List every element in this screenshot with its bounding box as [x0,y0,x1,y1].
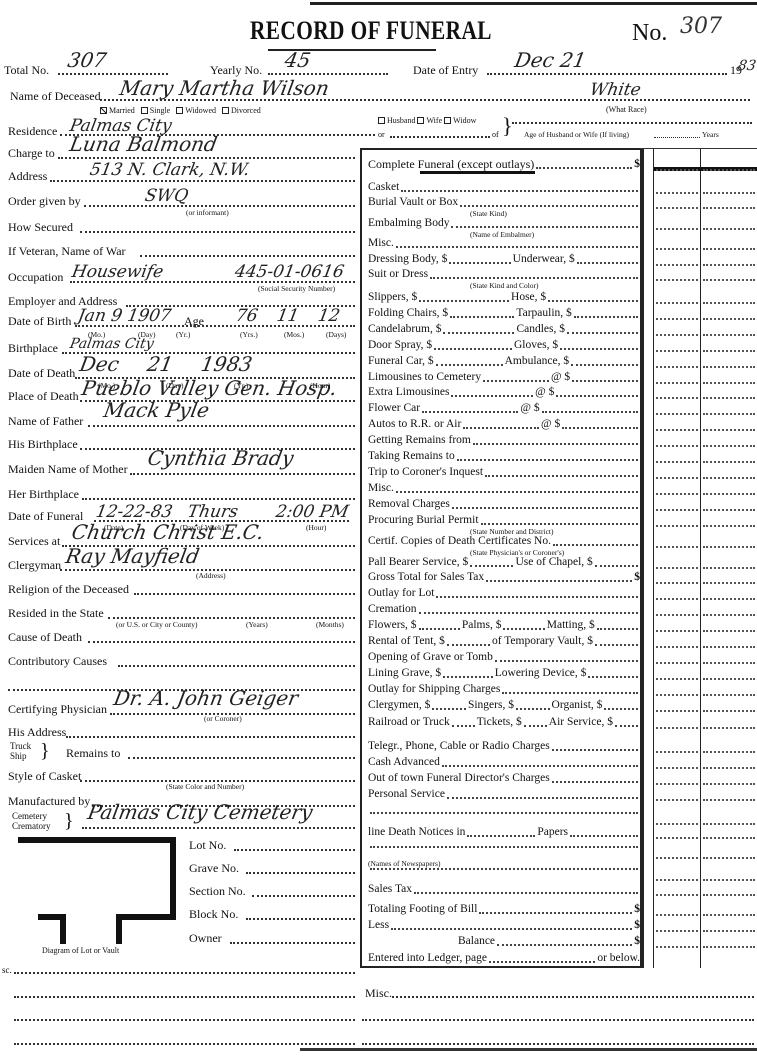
charge-item-label: Sales Tax [368,883,412,896]
dotted-line [553,544,638,546]
charge-item-label: Clergymen, $ [368,699,430,712]
dotted-line [452,725,475,727]
yearly-no-value[interactable]: 45 [283,50,312,70]
amount-cents-field[interactable] [703,397,755,399]
single-checkbox[interactable]: Single [141,106,170,115]
charge-item[interactable]: Slippers, $Hose, $ [368,291,640,304]
amount-dollars-field[interactable] [656,567,698,569]
field-label: His Address [8,725,66,739]
dotted-line [615,725,638,727]
charge-item-label: Autos to R.R. or Air [368,418,461,431]
dotted-line [595,565,638,567]
amount-cents-field[interactable] [703,894,755,896]
charge-item-label: Procuring Burial Permit [368,514,479,527]
charge-item[interactable]: Limousines to Cemetery@ $ [368,371,640,384]
dotted-line [451,226,638,228]
brace: } [64,810,74,832]
dotted-line [392,996,754,998]
amount-cents-field[interactable] [703,799,755,801]
charge-item-label: Taking Remains to [368,450,455,463]
dotted-line [434,348,512,350]
checkbox-icon [222,107,229,114]
field-label: Resided in the State [8,606,104,620]
dotted-line [447,644,490,646]
dotted-line [118,665,355,667]
amount-dollars-field[interactable] [656,751,698,753]
charge-item-label: Air Service, $ [549,716,613,729]
dotted-line [450,316,514,318]
amount-dollars-field[interactable] [656,630,698,632]
charge-to-value[interactable]: Luna Balmond [68,134,219,154]
charge-item[interactable]: Suit or Dress [368,268,640,281]
field-caption: (Hour) [306,523,326,532]
checkbox-icon [141,107,148,114]
charge-item-label: Gross Total for Sales Tax [368,571,484,584]
clergyman-value[interactable]: Ray Mayfield [64,546,201,566]
amount-column-top [640,148,757,149]
charge-item[interactable]: Complete Funeral (except outlays)$ [368,158,640,171]
amount-dollars-field[interactable] [656,930,698,932]
amount-cents-field[interactable] [703,783,755,785]
field-prefix: Cemetery [12,811,47,821]
amount-dollars-field[interactable] [656,382,698,384]
amount-cents-field[interactable] [703,429,755,431]
charge-item[interactable]: Railroad or TruckTickets, $Air Service, … [368,716,640,729]
charge-item[interactable]: Getting Remains from [368,434,640,447]
amount-cents-field[interactable] [703,946,755,948]
charge-item[interactable]: Entered into Ledger, pageor below. [368,952,640,965]
amount-dollars-field[interactable] [656,694,698,696]
charge-item-label: Misc. [368,482,394,495]
amount-dollars-field[interactable] [656,857,698,859]
date-of-entry-label: Date of Entry [413,63,478,77]
dotted-line [654,136,700,138]
dotted-line [497,944,632,946]
charge-item[interactable]: Outlay for Shipping Charges [368,683,640,696]
field-label: Certifying Physician [8,702,107,716]
amount-cents-field[interactable] [703,264,755,266]
bottom-border-line [300,1048,757,1051]
amount-cents-field[interactable] [703,857,755,859]
amount-cents-field[interactable] [703,493,755,495]
dotted-line [419,612,638,614]
amount-dollars-field[interactable] [656,207,698,209]
dotted-line [502,692,638,694]
amount-dollars-field[interactable] [656,350,698,352]
charge-item[interactable]: Burial Vault or Box [368,196,640,209]
charge-item-label: Papers [537,826,568,839]
amount-cents-field[interactable] [703,318,755,320]
amount-column-divider-inner [653,148,654,968]
field-caption: (State Color and Number) [166,782,244,791]
amount-dollars-field[interactable] [656,493,698,495]
field-label: Name of Father [8,414,83,428]
charge-item[interactable]: Lining Grave, $Lowering Device, $ [368,667,640,680]
brace: } [502,114,513,138]
amount-cents-field[interactable] [703,207,755,209]
diagram-caption: Diagram of Lot or Vault [42,946,119,955]
charge-item[interactable]: Outlay for Lot [368,587,640,600]
amount-cents-field[interactable] [703,525,755,527]
race-caption: (What Race) [606,105,647,114]
amount-cents-field[interactable] [703,727,755,729]
charge-item[interactable]: Certif. Copies of Death Certificates No. [368,535,640,548]
amount-cents-field[interactable] [703,914,755,916]
field-caption: (Months) [316,620,344,629]
charge-item-label: or below. [597,952,640,965]
charge-item[interactable]: Removal Charges [368,498,640,511]
charge-item-label: Pall Bearer Service, $ [368,556,468,569]
charge-item[interactable]: Sales Tax [368,883,640,896]
amount-dollars-field[interactable] [656,429,698,431]
wife-checkbox[interactable]: Wife [417,116,442,125]
amount-cents-field[interactable] [703,192,755,194]
amount-dollars-field[interactable] [656,646,698,648]
charge-item-label: Candles, $ [516,323,565,336]
charge-item[interactable]: Casket [368,181,640,194]
amount-dollars-field[interactable] [656,413,698,415]
amount-cents-field[interactable] [703,477,755,479]
misc-label-left: sc. [2,966,12,975]
dotted-line [128,757,355,759]
amount-dollars-field[interactable] [656,678,698,680]
amount-cents-field[interactable] [703,567,755,569]
amount-cents-field[interactable] [703,694,755,696]
field-label: Date of Birth [8,314,71,328]
amount-cents-field[interactable] [703,710,755,712]
amount-dollars-field[interactable] [656,767,698,769]
charge-item[interactable]: Totaling Footing of Bill$ [368,903,640,916]
dotted-line [570,835,638,837]
charge-item-label: Organist, $ [552,699,603,712]
amount-cents-field[interactable] [703,546,755,548]
occupation-value[interactable]: Housewife [70,262,165,282]
charge-item[interactable]: Funeral Car, $Ambulance, $ [368,355,640,368]
amount-cents-field[interactable] [703,350,755,352]
marital-status-group: Married Single Widowed Divorced [100,106,261,115]
dotted-line [449,262,510,264]
charge-item[interactable]: Out of town Funeral Director's Charges [368,772,640,785]
total-no-value[interactable]: 307 [66,50,108,70]
birthplace-value[interactable]: Palmas City [68,334,155,354]
charge-item[interactable]: Telegr., Phone, Cable or Radio Charges [368,740,640,753]
charge-item-label: Singers, $ [468,699,514,712]
charge-item-label: Entered into Ledger, page [368,952,487,965]
grave-no-label: Grave No. [189,861,239,875]
dotted-line [14,1043,355,1045]
amount-cents-field[interactable] [703,366,755,368]
dotted-line [130,473,355,475]
charge-item[interactable]: Misc. [368,237,640,250]
dotted-line [479,912,632,914]
charge-item-label: Suit or Dress [368,268,428,281]
amount-dollars-field[interactable] [656,461,698,463]
married-checkbox[interactable]: Married [100,106,135,115]
widow-checkbox[interactable]: Widow [444,116,476,125]
lot-no-label: Lot No. [189,838,226,852]
charge-item[interactable] [368,812,640,816]
charge-item[interactable] [368,846,640,850]
dotted-line [463,427,539,429]
dotted-line [14,996,355,998]
charge-item[interactable]: Opening of Grave or Tomb [368,651,640,664]
widowed-checkbox[interactable]: Widowed [176,106,216,115]
amount-dollars-field[interactable] [656,228,698,230]
amount-dollars-field[interactable] [656,264,698,266]
charge-item[interactable]: Door Spray, $Gloves, $ [368,339,640,352]
dotted-line [503,628,544,630]
amount-cents-field[interactable] [703,662,755,664]
amount-cents-field[interactable] [703,279,755,281]
charge-item[interactable]: Flower Car@ $ [368,402,640,415]
amount-dollars-field[interactable] [656,582,698,584]
divorced-checkbox[interactable]: Divorced [222,106,261,115]
amount-cents-field[interactable] [703,582,755,584]
amount-cents-field[interactable] [703,509,755,511]
amount-cents-field[interactable] [703,228,755,230]
dotted-line [370,846,638,848]
amount-cents-field[interactable] [703,169,755,171]
dollar-sign: $ [634,919,640,932]
dotted-line [595,644,638,646]
charge-item-label: Rental of Tent, $ [368,635,445,648]
amount-cents-field[interactable] [703,930,755,932]
dotted-line [140,255,355,257]
checkbox-icon [176,107,183,114]
charge-item[interactable]: Clergymen, $Singers, $Organist, $ [368,699,640,712]
amount-dollars-field[interactable] [656,710,698,712]
amount-dollars-field[interactable] [656,727,698,729]
father-name-value[interactable]: Mack Pyle [102,400,211,420]
amount-dollars-field[interactable] [656,366,698,368]
charge-item[interactable]: Gross Total for Sales Tax$ [368,571,640,584]
dotted-line [436,596,638,598]
amount-dollars-field[interactable] [656,837,698,839]
dotted-line [419,628,460,630]
charge-item-label: Casket [368,181,399,194]
age-value[interactable]: 76 11 12 [234,306,341,326]
dotted-line [14,972,355,974]
field-label: Religion of the Deceased [8,582,129,596]
charge-item[interactable]: Pall Bearer Service, $Use of Chapel, $ [368,556,640,569]
charge-item-label: Cremation [368,603,417,616]
amount-dollars-field[interactable] [656,318,698,320]
amount-dollars-field[interactable] [656,598,698,600]
amount-dollars-field[interactable] [656,546,698,548]
amount-cents-field[interactable] [703,302,755,304]
amount-cents-field[interactable] [703,678,755,680]
dotted-line [562,427,638,429]
amount-dollars-field[interactable] [656,477,698,479]
charge-item[interactable]: Embalming Body [368,217,640,230]
amount-cents-field[interactable] [703,413,755,415]
charge-item[interactable]: Personal Service [368,788,640,801]
charge-item-label: Folding Chairs, $ [368,307,448,320]
amount-dollars-field[interactable] [656,248,698,250]
dotted-line [556,395,638,397]
amount-cents-field[interactable] [703,630,755,632]
amount-cents-field[interactable] [703,837,755,839]
charge-item[interactable]: Autos to R.R. or Air@ $ [368,418,640,431]
date-of-death-value[interactable]: Dec 21 1983 [78,354,254,374]
date-of-entry-value[interactable]: Dec 21 [513,50,587,70]
dollar-sign: $ [634,935,640,948]
dotted-line [524,725,547,727]
amount-dollars-field[interactable] [656,879,698,881]
dotted-line [432,708,466,710]
amount-dollars-field[interactable] [656,279,698,281]
dotted-line [246,918,355,920]
amount-cents-field[interactable] [703,751,755,753]
dollar-sign: $ [634,903,640,916]
name-of-deceased-value[interactable]: Mary Martha Wilson [118,78,330,98]
dotted-line [447,797,638,799]
section-no-label: Section No. [189,884,246,898]
amount-dollars-field[interactable] [656,509,698,511]
residence-label: Residence [8,124,57,138]
charge-item[interactable]: Procuring Burial Permit [368,514,640,527]
husband-checkbox[interactable]: Husband [378,116,415,125]
dotted-line [470,565,513,567]
amount-dollars-field[interactable] [656,799,698,801]
dotted-line [396,491,638,493]
amount-dollars-field[interactable] [656,783,698,785]
amount-cents-field[interactable] [703,248,755,250]
dotted-line [419,300,509,302]
funeral-date-value[interactable]: 12-22-83 Thurs [94,502,239,522]
charge-item[interactable]: Trip to Coroner's Inquest [368,466,640,479]
dotted-line [58,73,168,75]
charge-item-label: of Temporary Vault, $ [492,635,593,648]
amount-dollars-field[interactable] [656,169,698,171]
record-number-value[interactable]: 307 [680,14,722,39]
dotted-line [82,827,355,829]
certifying-physician-value[interactable]: Dr. A. John Geiger [112,688,299,708]
amount-dollars-field[interactable] [656,662,698,664]
vault-diagram-post-left [60,914,66,944]
race-value[interactable]: White [588,80,642,100]
services-at-value[interactable]: Church Christ E.C. [70,522,265,542]
owner-label: Owner [189,931,222,945]
field-label: Remains to [66,746,120,760]
ssn-value[interactable]: 445-01-0616 [233,262,345,282]
field-caption: (Yr.) [176,330,190,339]
place-of-death-value[interactable]: Pueblo Valley Gen. Hosp. [80,378,338,398]
page-title: RECORD OF FUNERAL [250,16,492,46]
amount-cents-field[interactable] [703,382,755,384]
amount-dollars-field[interactable] [656,445,698,447]
amount-cents-field[interactable] [703,334,755,336]
charge-item-label: Matting, $ [547,619,595,632]
dollar-sign: $ [634,571,640,584]
amount-cents-field[interactable] [703,445,755,447]
charge-item-label: Hose, $ [511,291,546,304]
charge-item[interactable]: Folding Chairs, $Tarpaulin, $ [368,307,640,320]
amount-dollars-field[interactable] [656,192,698,194]
checkbox-icon [444,117,451,124]
charge-item[interactable]: Cash Advanced [368,756,640,769]
charge-item-label: Certif. Copies of Death Certificates No. [368,535,551,548]
dotted-line [460,205,638,207]
dotted-line [391,928,632,930]
amount-cents-field[interactable] [703,767,755,769]
funeral-hour-value[interactable]: 2:00 PM [274,502,350,522]
amount-dollars-field[interactable] [656,914,698,916]
year-value[interactable]: 83 [736,56,757,76]
charge-item-label: Lowering Device, $ [495,667,587,680]
amount-cents-field[interactable] [703,461,755,463]
amount-dollars-field[interactable] [656,823,698,825]
charge-item[interactable]: Misc. [368,482,640,495]
top-border-line [310,2,757,5]
date-of-birth-value[interactable]: Jan 9 1907 [76,306,172,326]
field-caption: (Address) [196,571,226,580]
order-given-by-value[interactable]: SWQ [143,186,190,206]
dotted-line [268,73,388,75]
amount-dollars-field[interactable] [656,334,698,336]
amount-dollars-field[interactable] [656,946,698,948]
dotted-line [108,617,355,619]
total-no-label: Total No. [4,63,49,77]
age-spouse-label: Age of Husband or Wife (If living) [524,130,629,139]
charge-item[interactable]: Cremation [368,603,640,616]
amount-dollars-field[interactable] [656,302,698,304]
charge-item[interactable]: Taking Remains to [368,450,640,463]
amount-cents-field[interactable] [703,823,755,825]
charge-item[interactable] [368,868,640,872]
charge-item[interactable]: Flowers, $Palms, $Matting, $ [368,619,640,632]
charge-item-label: Funeral Car, $ [368,355,434,368]
charge-item[interactable]: Less$ [368,919,640,932]
field-label: Contributory Causes [8,654,107,668]
amount-cents-field[interactable] [703,646,755,648]
dotted-line [443,676,493,678]
amount-dollars-field[interactable] [656,894,698,896]
charge-caption: (State Kind and Color) [470,281,539,290]
field-label: Place of Death [8,389,79,403]
amount-cents-field[interactable] [703,598,755,600]
cemetery-value[interactable]: Palmas City Cemetery [86,802,314,822]
amount-dollars-field[interactable] [656,525,698,527]
charge-item[interactable]: Extra Limousines@ $ [368,386,640,399]
dotted-line [560,348,638,350]
charge-item[interactable]: Dressing Body, $Underwear, $ [368,253,640,266]
charge-item[interactable]: Rental of Tent, $of Temporary Vault, $ [368,635,640,648]
charge-item[interactable]: Balance$ [368,935,640,948]
dotted-line [572,380,638,382]
amount-dollars-field[interactable] [656,614,698,616]
charge-item-label: Door Spray, $ [368,339,432,352]
dotted-line [14,1019,355,1021]
address-value[interactable]: 513 N. Clark, N.W. [88,160,251,180]
amount-cents-field[interactable] [703,879,755,881]
charge-item[interactable]: Candelabrum, $Candles, $ [368,323,640,336]
dotted-line [430,277,638,279]
charge-item[interactable]: line Death Notices inPapers [368,826,640,839]
charge-item-label: Less [368,919,389,932]
charge-item-label: Complete Funeral (except outlays) [368,158,534,171]
amount-dollars-field[interactable] [656,397,698,399]
amount-cents-field[interactable] [703,614,755,616]
dotted-line [451,395,533,397]
mother-maiden-name-value[interactable]: Cynthia Brady [146,448,295,468]
years-label: Years [702,130,719,139]
dotted-line [230,942,355,944]
block-no-label: Block No. [189,907,238,921]
charge-item-label: Tickets, $ [477,716,522,729]
dotted-line [442,765,638,767]
dotted-line [370,812,638,814]
